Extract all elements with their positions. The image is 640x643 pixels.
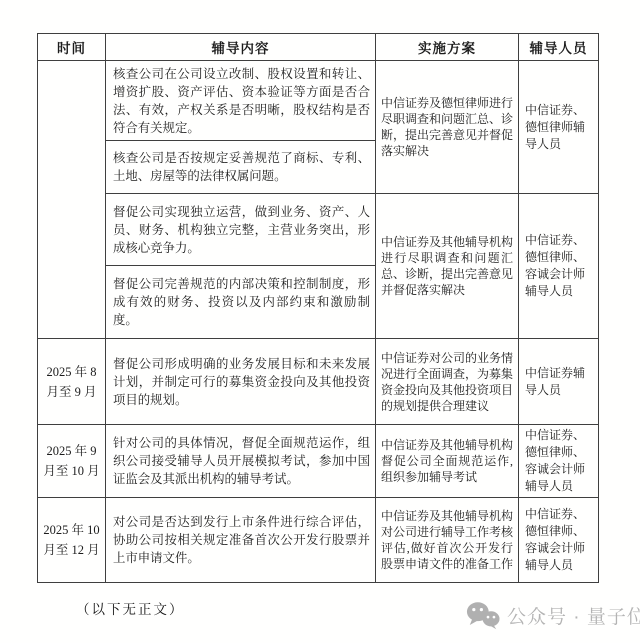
cell-content-7: 对公司是否达到发行上市条件进行综合评估，协助公司按相关规定准备首次公开发行股票并… [106,498,376,583]
cell-content-2: 核查公司是否按规定妥善规范了商标、专利、土地、房屋等的法律权属问题。 [106,141,376,194]
cell-content-5: 督促公司形成明确的业务发展目标和未来发展计划，并制定可行的募集资金投向及其他投资… [106,339,376,425]
watermark-text: 公众号 · 量子位 [507,602,640,629]
guidance-work-plan-table: 时间 辅导内容 实施方案 辅导人员 核查公司在公司设立改制、股权设置和转让、增资… [37,33,599,583]
cell-personnel-rows-3-4: 中信证券、德恒律师、容诚会计师辅导人员 [519,194,599,339]
cell-personnel-rows-1-2: 中信证券、德恒律师辅导人员 [519,61,599,194]
cell-time-7: 2025 年 10 月至 12 月 [38,498,106,583]
cell-time-5: 2025 年 8 月至 9 月 [38,339,106,425]
header-implementation-plan: 实施方案 [376,34,519,61]
cell-plan-5: 中信证券对公司的业务情况进行全面调查，为募集资金投向及其他投资项目的规划提供合理… [376,339,519,425]
watermark: 公众号 · 量子位 [466,601,640,630]
cell-plan-6: 中信证券及其他辅导机构督促公司全面规范运作,组织参加辅导考试 [376,425,519,498]
cell-plan-rows-3-4: 中信证券及其他辅导机构进行尽职调查和问题汇总、诊断，提出完善意见并督促落实解决 [376,194,519,339]
document-page: 时间 辅导内容 实施方案 辅导人员 核查公司在公司设立改制、股权设置和转让、增资… [0,0,640,643]
no-more-text-note: （以下无正文） [76,598,185,618]
cell-plan-rows-1-2: 中信证券及德恒律师进行尽职调查和问题汇总、诊断，提出完善意见并督促落实解决 [376,61,519,194]
cell-content-3: 督促公司实现独立运营，做到业务、资产、人员、财务、机构独立完整，主营业务突出，形… [106,194,376,266]
cell-content-6: 针对公司的具体情况，督促全面规范运作，组织公司接受辅导人员开展模拟考试，参加中国… [106,425,376,498]
table-row: 督促公司实现独立运营，做到业务、资产、人员、财务、机构独立完整，主营业务突出，形… [38,194,599,266]
wechat-icon [466,601,500,630]
cell-content-4: 督促公司完善规范的内部决策和控制制度，形成有效的财务、投资以及内部约束和激励制度… [106,266,376,339]
table-header-row: 时间 辅导内容 实施方案 辅导人员 [38,34,599,61]
cell-content-1: 核查公司在公司设立改制、股权设置和转让、增资扩股、资产评估、资本验证等方面是否合… [106,61,376,141]
cell-personnel-6: 中信证券、德恒律师、容诚会计师辅导人员 [519,425,599,498]
header-time: 时间 [38,34,106,61]
header-guidance-content: 辅导内容 [106,34,376,61]
table-row: 2025 年 10 月至 12 月 对公司是否达到发行上市条件进行综合评估，协助… [38,498,599,583]
cell-time-rows-1-4-empty [38,61,106,339]
cell-plan-7: 中信证券及其他辅导机构对公司进行辅导工作考核评估,做好首次公开发行股票申请文件的… [376,498,519,583]
table-row: 2025 年 9 月至 10 月 针对公司的具体情况，督促全面规范运作，组织公司… [38,425,599,498]
header-guidance-personnel: 辅导人员 [519,34,599,61]
table-row: 2025 年 8 月至 9 月 督促公司形成明确的业务发展目标和未来发展计划，并… [38,339,599,425]
table-row: 核查公司在公司设立改制、股权设置和转让、增资扩股、资产评估、资本验证等方面是否合… [38,61,599,141]
cell-personnel-5: 中信证券辅导人员 [519,339,599,425]
cell-personnel-7: 中信证券、德恒律师、容诚会计师辅导人员 [519,498,599,583]
cell-time-6: 2025 年 9 月至 10 月 [38,425,106,498]
